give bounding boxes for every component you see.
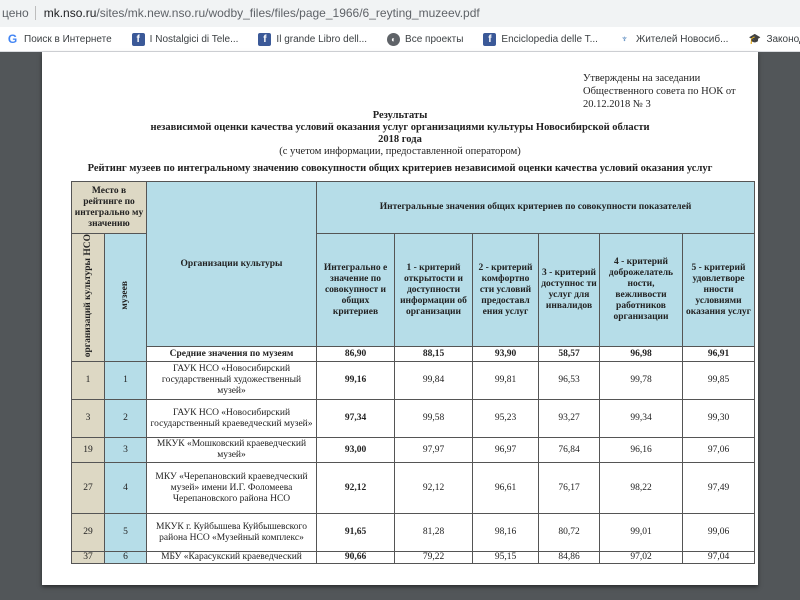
pdf-viewer[interactable]: Утверждены на заседании Общественного со… bbox=[0, 52, 800, 600]
city-emblem-icon: ♆ bbox=[618, 33, 631, 46]
criterion-value: 99,81 bbox=[473, 362, 539, 400]
table-row: 11ГАУК НСО «Новосибирский государственны… bbox=[72, 362, 755, 400]
organization-name: МКУК «Мошковский краеведческий музей» bbox=[147, 438, 317, 463]
place-museum: 4 bbox=[105, 463, 147, 514]
column-header: 3 - критерий доступнос ти услуг для инва… bbox=[539, 234, 600, 347]
table-row: 295МКУК г. Куйбышева Куйбышевского район… bbox=[72, 514, 755, 552]
organization-name: МКУК г. Куйбышева Куйбышевского района Н… bbox=[147, 514, 317, 552]
bookmarks-bar: GПоиск в ИнтернетеfI Nostalgici di Tele.… bbox=[0, 27, 800, 52]
average-label: Средние значения по музеям bbox=[147, 347, 317, 362]
place-nso: 29 bbox=[72, 514, 105, 552]
table-row: 193МКУК «Мошковский краеведческий музей»… bbox=[72, 438, 755, 463]
column-header: 1 - критерий открытости и доступности ин… bbox=[395, 234, 473, 347]
average-value: 93,90 bbox=[473, 347, 539, 362]
facebook-icon: f bbox=[483, 33, 496, 46]
facebook-icon: f bbox=[258, 33, 271, 46]
group-header: Интегральные значения общих критериев по… bbox=[317, 182, 755, 234]
criterion-value: 97,49 bbox=[683, 463, 755, 514]
table-row: 32ГАУК НСО «Новосибирский государственны… bbox=[72, 400, 755, 438]
criterion-value: 76,84 bbox=[539, 438, 600, 463]
bookmark-item[interactable]: fI Nostalgici di Tele... bbox=[132, 33, 239, 46]
average-value: 86,90 bbox=[317, 347, 395, 362]
average-value: 96,91 bbox=[683, 347, 755, 362]
security-status[interactable]: цено bbox=[0, 6, 36, 20]
graduation-cap-icon: 🎓 bbox=[748, 33, 761, 46]
place-nso: 3 bbox=[72, 400, 105, 438]
bookmark-item[interactable]: fEnciclopedia delle T... bbox=[483, 33, 598, 46]
average-value: 96,98 bbox=[600, 347, 683, 362]
criterion-value: 79,22 bbox=[395, 552, 473, 564]
criterion-value: 99,85 bbox=[683, 362, 755, 400]
criterion-value: 98,16 bbox=[473, 514, 539, 552]
title-subline: (с учетом информации, предоставленной оп… bbox=[42, 146, 758, 158]
criterion-value: 97,02 bbox=[600, 552, 683, 564]
table-row: 274МКУ «Черепановский краеведческий музе… bbox=[72, 463, 755, 514]
title-line: независимой оценки качества условий оказ… bbox=[42, 122, 758, 134]
place-museum: 5 bbox=[105, 514, 147, 552]
bookmark-item[interactable]: ◐Все проекты bbox=[387, 33, 463, 46]
org-header: Организации культуры bbox=[147, 182, 317, 347]
criterion-value: 97,97 bbox=[395, 438, 473, 463]
url-domain: mk.nso.ru bbox=[44, 6, 97, 20]
document-title: Результаты независимой оценки качества у… bbox=[42, 110, 758, 158]
place-museum: 3 bbox=[105, 438, 147, 463]
url-path: /sites/mk.new.nso.ru/wodby_files/files/p… bbox=[96, 6, 479, 20]
criterion-value: 96,61 bbox=[473, 463, 539, 514]
google-icon: G bbox=[6, 33, 19, 46]
criterion-value: 96,97 bbox=[473, 438, 539, 463]
pdf-page: Утверждены на заседании Общественного со… bbox=[42, 52, 758, 585]
criterion-value: 80,72 bbox=[539, 514, 600, 552]
approval-note: Утверждены на заседании Общественного со… bbox=[583, 72, 736, 111]
criterion-value: 95,23 bbox=[473, 400, 539, 438]
average-row: Средние значения по музеям 86,90 88,15 9… bbox=[72, 347, 755, 362]
bookmark-label: Enciclopedia delle T... bbox=[501, 34, 598, 45]
place-museum: 6 bbox=[105, 552, 147, 564]
place-museum: 1 bbox=[105, 362, 147, 400]
column-header: 4 - критерий доброжелатель ности, вежлив… bbox=[600, 234, 683, 347]
integral-value: 97,34 bbox=[317, 400, 395, 438]
criterion-value: 76,17 bbox=[539, 463, 600, 514]
criterion-value: 96,53 bbox=[539, 362, 600, 400]
place-header: Место в рейтинге по интегрально му значе… bbox=[72, 182, 147, 234]
organization-name: МКУ «Черепановский краеведческий музей» … bbox=[147, 463, 317, 514]
criterion-value: 84,86 bbox=[539, 552, 600, 564]
criterion-value: 95,15 bbox=[473, 552, 539, 564]
bookmark-label: Жителей Новосиб... bbox=[636, 34, 728, 45]
criterion-value: 93,27 bbox=[539, 400, 600, 438]
bookmark-label: Законодательство... bbox=[766, 34, 800, 45]
table-row: 376МБУ «Карасукский краеведческий90,6679… bbox=[72, 552, 755, 564]
approval-line: Утверждены на заседании bbox=[583, 72, 736, 85]
organization-name: ГАУК НСО «Новосибирский государственный … bbox=[147, 362, 317, 400]
average-value: 58,57 bbox=[539, 347, 600, 362]
place-nso: 37 bbox=[72, 552, 105, 564]
criterion-value: 96,16 bbox=[600, 438, 683, 463]
bookmark-item[interactable]: fIl grande Libro dell... bbox=[258, 33, 367, 46]
criterion-value: 99,30 bbox=[683, 400, 755, 438]
place-nso: 27 bbox=[72, 463, 105, 514]
integral-value: 90,66 bbox=[317, 552, 395, 564]
average-value: 88,15 bbox=[395, 347, 473, 362]
title-line: 2018 года bbox=[42, 134, 758, 146]
address-bar[interactable]: цено mk.nso.ru /sites/mk.new.nso.ru/wodb… bbox=[0, 0, 800, 28]
place-museum: 2 bbox=[105, 400, 147, 438]
criterion-value: 99,06 bbox=[683, 514, 755, 552]
bookmark-label: Все проекты bbox=[405, 34, 463, 45]
criterion-value: 99,34 bbox=[600, 400, 683, 438]
criterion-value: 99,78 bbox=[600, 362, 683, 400]
place-nso-label: организаций культуры НСО bbox=[83, 234, 94, 357]
bookmark-item[interactable]: 🎓Законодательство... bbox=[748, 33, 800, 46]
criterion-value: 99,58 bbox=[395, 400, 473, 438]
organization-name: МБУ «Карасукский краеведческий bbox=[147, 552, 317, 564]
criterion-value: 97,06 bbox=[683, 438, 755, 463]
rating-table: Место в рейтинге по интегрально му значе… bbox=[71, 181, 755, 564]
place-museum-header: музеев bbox=[105, 234, 147, 362]
approval-line: Общественного совета по НОК от bbox=[583, 85, 736, 98]
url-field[interactable]: цено mk.nso.ru /sites/mk.new.nso.ru/wodb… bbox=[0, 3, 780, 23]
place-nso: 19 bbox=[72, 438, 105, 463]
organization-name: ГАУК НСО «Новосибирский государственный … bbox=[147, 400, 317, 438]
criterion-value: 98,22 bbox=[600, 463, 683, 514]
column-header: Интегрально е значение по совокупност и … bbox=[317, 234, 395, 347]
criterion-value: 81,28 bbox=[395, 514, 473, 552]
place-nso-header: организаций культуры НСО bbox=[72, 234, 105, 362]
title-line: Результаты bbox=[42, 110, 758, 122]
bookmark-label: I Nostalgici di Tele... bbox=[150, 34, 239, 45]
bookmark-item[interactable]: ♆Жителей Новосиб... bbox=[618, 33, 728, 46]
integral-value: 91,65 bbox=[317, 514, 395, 552]
criterion-value: 92,12 bbox=[395, 463, 473, 514]
globe-icon: ◐ bbox=[387, 33, 400, 46]
rating-title: Рейтинг музеев по интегральному значению… bbox=[42, 163, 758, 174]
place-museum-label: музеев bbox=[120, 281, 131, 310]
integral-value: 99,16 bbox=[317, 362, 395, 400]
integral-value: 93,00 bbox=[317, 438, 395, 463]
criterion-value: 99,01 bbox=[600, 514, 683, 552]
place-nso: 1 bbox=[72, 362, 105, 400]
criterion-value: 97,04 bbox=[683, 552, 755, 564]
column-header: 5 - критерий удовлетворе нности условиям… bbox=[683, 234, 755, 347]
bookmark-item[interactable]: GПоиск в Интернете bbox=[6, 33, 112, 46]
column-header: 2 - критерий комфортно сти условий предо… bbox=[473, 234, 539, 347]
facebook-icon: f bbox=[132, 33, 145, 46]
bookmark-label: Поиск в Интернете bbox=[24, 34, 112, 45]
integral-value: 92,12 bbox=[317, 463, 395, 514]
bookmark-label: Il grande Libro dell... bbox=[276, 34, 367, 45]
criterion-value: 99,84 bbox=[395, 362, 473, 400]
